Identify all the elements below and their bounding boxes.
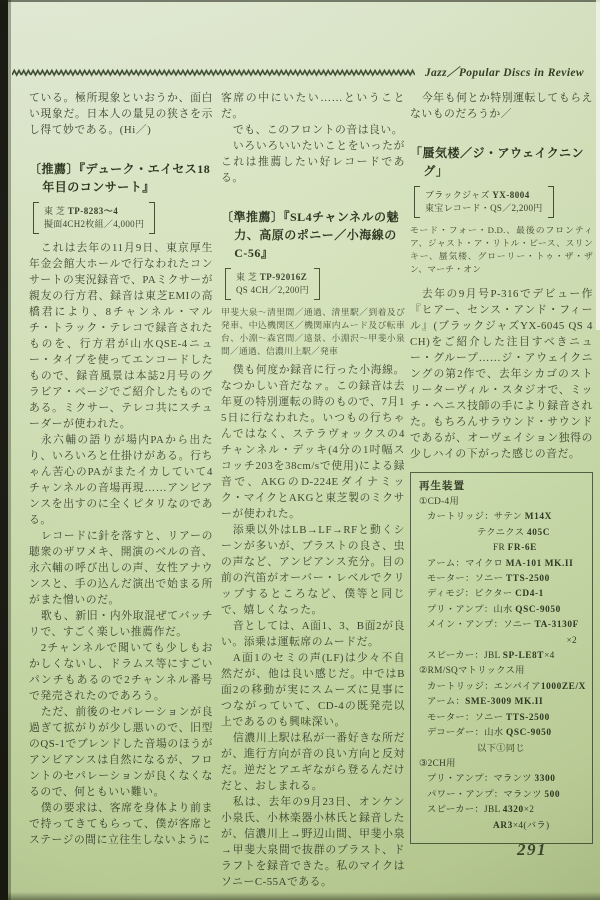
paragraph: 私は、去年の9月23日、オンケン小泉氏、小林楽器小林氏と録音したが、信濃川上→野… [221,794,405,890]
photo-edge-bottom [0,892,600,900]
equipment-line: プリ・アンプ：マランツ 3300 [419,772,585,787]
format-price: QS 4CH／2,200円 [236,285,309,295]
equipment-line: FR FR-6E [419,541,585,556]
catalog-label: 東 芝 TP-8283〜4 擬面4CH2枚組／4,000円 [33,202,155,234]
equipment-line: ①CD-4用 [419,495,585,510]
catalog-label: ブラックジャズ YX-8004 東宝レコード・QS／2,200円 [414,186,554,218]
catalog-label: 東 芝 TP-92016Z QS 4CH／2,200円 [225,268,320,300]
equipment-line: メイン・アンプ：ソニー TA-3130F [419,618,585,633]
magazine-page: Jazz／Popular Discs in Review ている。極所現象といお… [0,0,600,900]
format-price: 擬面4CH2枚組／4,000円 [44,219,144,229]
paragraph: 今年も何とか特別運転してもらえないものだろうか／ [410,90,593,122]
equipment-line: スピーカー：JBL SP-LE8T×4 [419,649,585,664]
page-header: Jazz／Popular Discs in Review [12,64,584,80]
paragraph: ている。極所現象といおうか、面白い現象だ。日本人の量見の狭さを示し得て妙である。… [29,90,213,138]
equipment-line: カートリッジ：サテン M14X [419,510,585,525]
equipment-line: ディモジ：ビクター CD4-1 [419,587,585,602]
photo-edge-top [0,0,600,2]
track-list: 甲斐大泉〜清里間／通過、清里駅／到着及び発車、中込機関区／機関庫内ムード及び転車… [221,306,405,358]
catalog-number: YX-8004 [492,190,530,200]
paragraph: いろいろいいたいことをいったがこれは推薦したい好レコードである。 [221,138,405,186]
paragraph: これは去年の11月9日、東京厚生年金会館大ホールで行なわれたコンサートの実況録音… [29,240,213,432]
equipment-box-title: 再生装置 [419,479,585,495]
equipment-line: アーム：マイクロ MA-101 MK.II [419,557,585,572]
equipment-line: モーター：ソニー TTS-2500 [419,572,585,587]
paragraph: A面1のセミの声(LF)は少々不自然だが、他は良い感じだ。中ではB面2の移動が実… [221,650,405,730]
catalog-number: TP-92016Z [260,272,308,282]
photo-edge-left [0,0,8,900]
paragraph: でも、このフロントの音は良い。 [221,122,405,138]
paragraph: 2チャンネルで聞いても少しもおかしくないし、ドラムス等にすごいパンチもあるので2… [29,640,213,704]
equipment-line: AR3×4(バラ) [419,819,585,834]
equipment-line: モーター：ソニー TTS-2500 [419,711,585,726]
column-left: ている。極所現象といおうか、面白い現象だ。日本人の量見の狭さを示し得て妙である。… [29,90,213,848]
equipment-line: アーム：SME-3009 MK.II [419,695,585,710]
catalog-number: TP-8283〜4 [68,206,119,216]
equipment-line: ③2CH用 [419,757,585,772]
format-price: 東宝レコード・QS／2,200円 [425,203,543,213]
playback-equipment-box: 再生装置 ①CD-4用 カートリッジ：サテン M14X テクニクス 405C F… [410,472,593,844]
equipment-line: スピーカー：JBL 4320×2 [419,803,585,818]
equipment-line: ×2 [419,634,585,649]
zigzag-border-ornament [12,68,415,77]
paragraph: ただ、前後のセパレーションが良過ぎて拡がりが少し悪いので、旧型のQS-1でブレン… [29,704,213,800]
record-label: 東 芝 [236,272,260,282]
equipment-line: カートリッジ：エンパイア1000ZE/X [419,680,585,695]
equipment-line: デコーダー：山水 QSC-9050 [419,726,585,741]
paragraph: 僕も何度か録音に行った小海線。なつかしい音だなァ。この録音は去年夏の特別運転の時… [221,362,405,522]
section-title: Jazz／Popular Discs in Review [425,64,584,80]
paragraph: 添乗以外はLB→LF→RFと動くシーンが多いが、ブラストの良さ、虫の声など、アン… [221,522,405,618]
paragraph: レコードに針を落すと、リアーの聴衆のザワメキ、開演のベルの音、永六輔の呼び出しの… [29,528,213,608]
review-heading-semi-recommended: 〔準推薦〕『SL4チャンネルの魅力、高原のポニー／小海線のC-56』 [221,208,405,262]
paragraph: 音としては、A面1、3、B面2が良い。添乗は運転席のムードだ。 [221,618,405,650]
equipment-line: パワー・アンプ：マランツ 500 [419,788,585,803]
paragraph: 僕の要求は、客席を身体より前まで持ってきてもらって、僕が客席とステージの間に立往… [29,800,213,848]
paragraph: 客席の中にいたい……ということだ。 [221,90,405,122]
review-heading-recommended: 〔推薦〕『デューク・エイセス18年目のコンサート』 [29,160,213,196]
page-number: 291 [517,840,547,860]
equipment-line: プリ・アンプ：山水 QSC-9050 [419,603,585,618]
equipment-line: テクニクス 405C [419,526,585,541]
paragraph: 信濃川上駅は私が一番好きな所だが、進行方向が音の良い方向と反対だ。逆だとアエギな… [221,730,405,794]
review-heading-mirage: 「蜃気楼／ジ・アウェイクニング」 [410,144,593,180]
record-label: ブラックジャズ [425,190,492,200]
track-list: モード・フォー・D.D.、最後のフロンティア、ジャスト・ア・リトル・ピース、スリ… [410,224,593,276]
paragraph: 永六輔の語りが場内PAから出たり、いろいろと仕掛けがある。行ちゃん苦心のPAがま… [29,432,213,528]
paragraph: 歌も、新旧・内外取混ぜてバッチリで、すごく楽しい推薦作だ。 [29,608,213,640]
column-middle: 客席の中にいたい……ということだ。 でも、このフロントの音は良い。 いろいろいい… [221,90,405,890]
column-right: 今年も何とか特別運転してもらえないものだろうか／ 「蜃気楼／ジ・アウェイクニング… [410,90,593,844]
paragraph: 去年の9月号P-316でデビュー作『ヒアー、センス・アンド・フィール』(ブラック… [410,286,593,462]
photo-edge-right [596,0,600,330]
equipment-line: ②RM/SQマトリックス用 [419,664,585,679]
record-label: 東 芝 [44,206,68,216]
photo-edge-left-shadow [8,0,11,900]
equipment-line: 以下①同じ [419,742,585,757]
